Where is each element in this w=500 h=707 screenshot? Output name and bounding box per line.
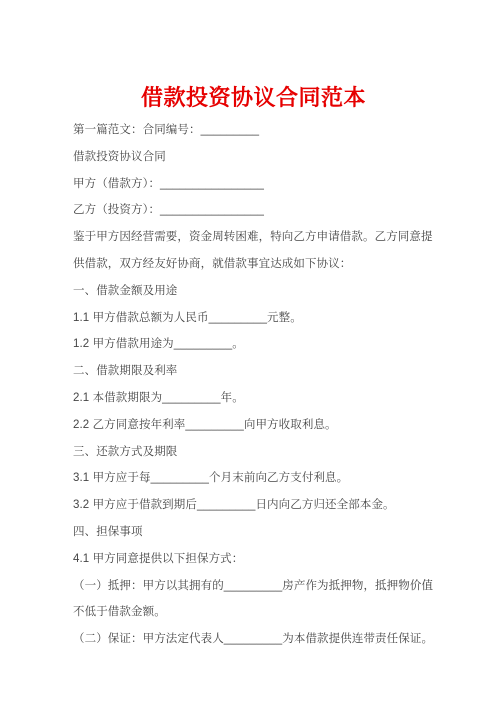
section-3-heading: 三、还款方式及期限 [73,439,434,466]
preamble-paragraph: 鉴于甲方因经营需要，资金周转困难，特向乙方申请借款。乙方同意提供借款，双方经友好… [73,224,434,278]
section-2-heading: 二、借款期限及利率 [73,358,434,385]
clause-1-2: 1.2 甲方借款用途为_________。 [73,331,434,358]
clause-4-1: 4.1 甲方同意提供以下担保方式： [73,546,434,573]
clause-3-1: 3.1 甲方应于每_________个月末前向乙方支付利息。 [73,465,434,492]
party-a-line: 甲方（借款方）：________________ [73,171,434,198]
document-title: 借款投资协议合同范本 [73,84,434,112]
contract-number-line: 第一篇范文：合同编号：_________ [73,117,434,144]
section-1-heading: 一、借款金额及用途 [73,278,434,305]
guarantee-surety-clause: （二）保证：甲方法定代表人_________为本借款提供连带责任保证。 [73,626,434,653]
party-b-line: 乙方（投资方）：________________ [73,197,434,224]
document-subtitle: 借款投资协议合同 [73,144,434,171]
clause-3-2: 3.2 甲方应于借款到期后_________日内向乙方归还全部本金。 [73,492,434,519]
clause-1-1: 1.1 甲方借款总额为人民币_________元整。 [73,305,434,332]
document-page: 借款投资协议合同范本 第一篇范文：合同编号：_________ 借款投资协议合同… [0,0,500,707]
document-body: 第一篇范文：合同编号：_________ 借款投资协议合同 甲方（借款方）：__… [73,117,434,653]
clause-2-1: 2.1 本借款期限为_________年。 [73,385,434,412]
section-4-heading: 四、担保事项 [73,519,434,546]
guarantee-mortgage-clause: （一）抵押：甲方以其拥有的_________房产作为抵押物，抵押物价值不低于借款… [73,573,434,627]
clause-2-2: 2.2 乙方同意按年利率_________向甲方收取利息。 [73,412,434,439]
